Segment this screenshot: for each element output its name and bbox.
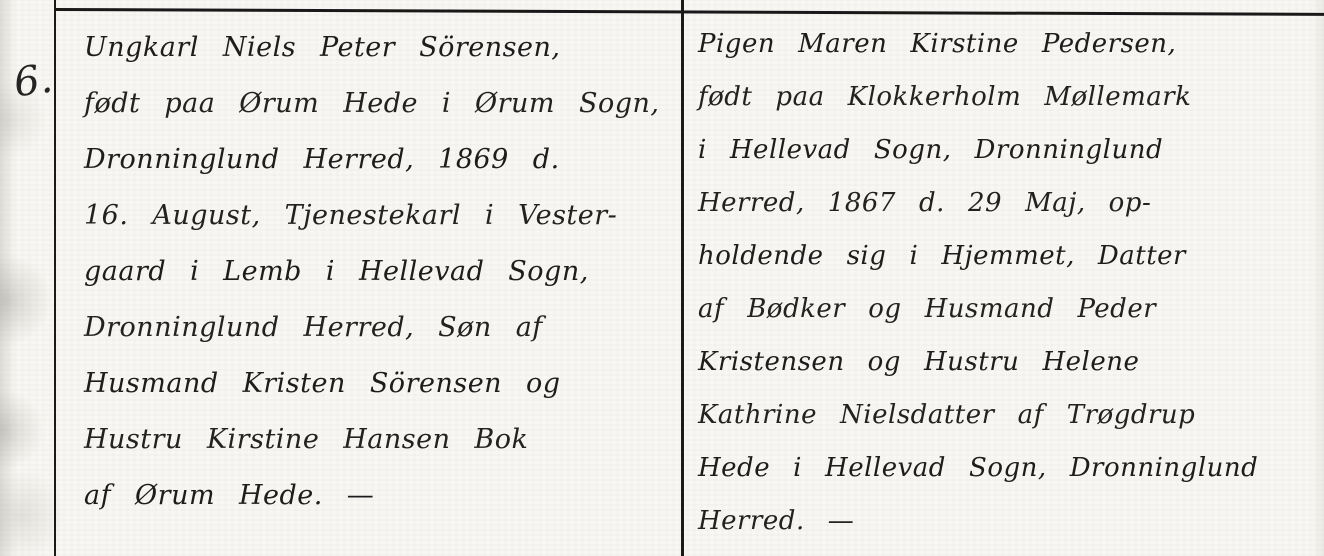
margin-divider-rule [54,0,56,556]
record-number: 6. [11,56,55,107]
handwritten-line: født paa Ørum Hede i Ørum Sogn, [84,76,676,132]
bride-entry-column: Pigen Maren Kirstine Pedersen, født paa … [698,18,1320,548]
handwritten-line: født paa Klokkerholm Møllemark [698,71,1320,124]
handwritten-line: 16. August, Tjenestekarl i Vester- [84,188,676,244]
handwritten-line: Ungkarl Niels Peter Sörensen, [84,20,676,76]
handwritten-line: Dronninglund Herred, Søn af [84,300,676,356]
handwritten-line: Hede i Hellevad Sogn, Dronninglund [698,442,1320,495]
handwritten-line: i Hellevad Sogn, Dronninglund [698,124,1320,177]
groom-entry-column: Ungkarl Niels Peter Sörensen, født paa Ø… [84,20,676,524]
handwritten-line: af Ørum Hede. — [84,468,676,524]
handwritten-line: Husmand Kristen Sörensen og [84,356,676,412]
top-border-rule [56,8,1324,16]
column-divider-rule [681,0,684,556]
handwritten-line: af Bødker og Husmand Peder [698,283,1320,336]
handwritten-line: Dronninglund Herred, 1869 d. [84,132,676,188]
handwritten-line: Hustru Kirstine Hansen Bok [84,412,676,468]
handwritten-line: Herred, 1867 d. 29 Maj, op- [698,177,1320,230]
handwritten-line: Kathrine Nielsdatter af Trøgdrup [698,389,1320,442]
handwritten-line: gaard i Lemb i Hellevad Sogn, [84,244,676,300]
register-page-scan: 6. Ungkarl Niels Peter Sörensen, født pa… [0,0,1324,556]
handwritten-line: Herred. — [698,495,1320,548]
handwritten-line: Kristensen og Hustru Helene [698,336,1320,389]
handwritten-line: holdende sig i Hjemmet, Datter [698,230,1320,283]
handwritten-line: Pigen Maren Kirstine Pedersen, [698,18,1320,71]
